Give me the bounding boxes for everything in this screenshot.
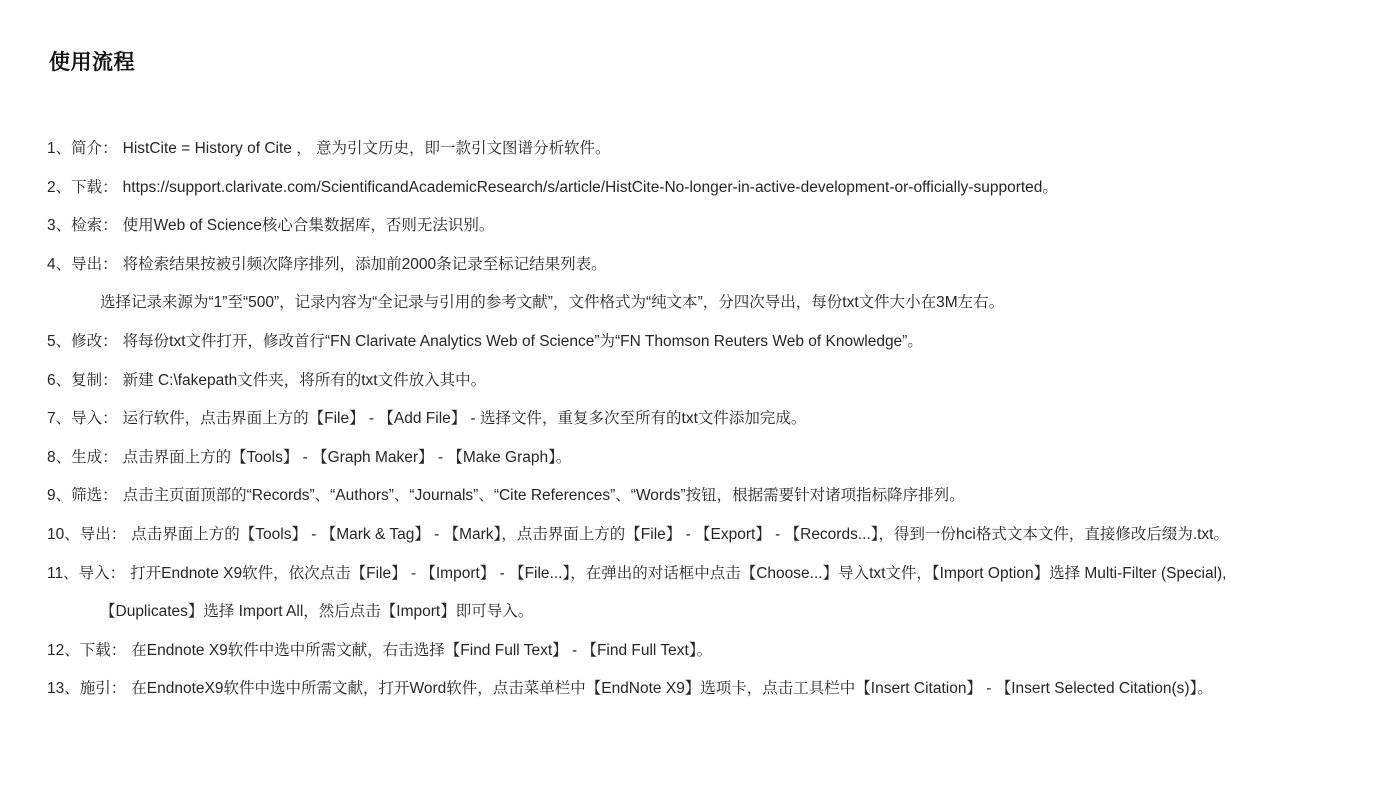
step-content: 运行软件，点击界面上方的【File】 - 【Add File】 - 选择文件，重… xyxy=(123,410,807,427)
step-label: 复制： xyxy=(71,372,118,389)
step-label: 简介： xyxy=(71,140,118,157)
step-item-13: 13、施引：在EndnoteX9软件中选中所需文献，打开Word软件，点击菜单栏… xyxy=(47,670,1400,709)
step-content: 在Endnote X9软件中选中所需文献，右击选择【Find Full Text… xyxy=(131,642,712,659)
step-item-9: 9、筛选：点击主页面顶部的“Records”、“Authors”、“Journa… xyxy=(47,477,1400,516)
step-label: 修改： xyxy=(71,333,118,350)
step-item-3: 3、检索：使用Web of Science核心合集数据库，否则无法识别。 xyxy=(47,207,1400,246)
step-item-11: 11、导入：打开Endnote X9软件，依次点击【File】 - 【Impor… xyxy=(47,555,1400,594)
step-label: 导入： xyxy=(79,565,126,582)
step-content: 点击界面上方的【Tools】 - 【Mark & Tag】 - 【Mark】，点… xyxy=(131,526,1229,543)
step-label: 导出： xyxy=(80,526,127,543)
step-number: 6、 xyxy=(47,372,71,389)
step-content: 将检索结果按被引频次降序排列，添加前2000条记录至标记结果列表。 xyxy=(123,256,607,273)
step-item-5: 5、修改：将每份txt文件打开，修改首行“FN Clarivate Analyt… xyxy=(47,323,1400,362)
steps-list: 1、简介：HistCite = History of Cite ， 意为引文历史… xyxy=(47,130,1400,709)
step-content: 【Duplicates】选择 Import All，然后点击【Import】即可… xyxy=(100,603,533,620)
step-content: 打开Endnote X9软件，依次点击【File】 - 【Import】 - 【… xyxy=(130,565,1226,582)
step-number: 8、 xyxy=(47,449,71,466)
step-item-12: 12、下载：在Endnote X9软件中选中所需文献，右击选择【Find Ful… xyxy=(47,632,1400,671)
step-label: 施引： xyxy=(80,680,127,697)
step-item-8: 8、生成：点击界面上方的【Tools】 - 【Graph Maker】 - 【M… xyxy=(47,439,1400,478)
step-label: 导出： xyxy=(71,256,118,273)
step-content: 新建 C:\fakepath文件夹，将所有的txt文件放入其中。 xyxy=(123,372,486,389)
step-label: 下载： xyxy=(80,642,127,659)
step-number: 1、 xyxy=(47,140,71,157)
step-item-2: 2、下载：https://support.clarivate.com/Scien… xyxy=(47,169,1400,208)
step-label: 导入： xyxy=(71,410,118,427)
step-content: 选择记录来源为“1”至“500”，记录内容为“全记录与引用的参考文献”，文件格式… xyxy=(100,294,1004,311)
step-number: 11、 xyxy=(47,565,79,582)
step-label: 检索： xyxy=(71,217,118,234)
step-label: 下载： xyxy=(71,179,118,196)
step-item-11-continuation: 【Duplicates】选择 Import All，然后点击【Import】即可… xyxy=(47,593,1400,632)
step-content: 在EndnoteX9软件中选中所需文献，打开Word软件，点击菜单栏中【EndN… xyxy=(131,680,1213,697)
step-number: 5、 xyxy=(47,333,71,350)
step-item-4-continuation: 选择记录来源为“1”至“500”，记录内容为“全记录与引用的参考文献”，文件格式… xyxy=(47,284,1400,323)
page-title: 使用流程 xyxy=(49,46,135,76)
step-content: HistCite = History of Cite ， 意为引文历史，即一款引… xyxy=(123,140,611,157)
step-number: 13、 xyxy=(47,680,80,697)
step-content: 点击界面上方的【Tools】 - 【Graph Maker】 - 【Make G… xyxy=(123,449,572,466)
step-content-url: https://support.clarivate.com/Scientific… xyxy=(123,179,1058,196)
step-content: 使用Web of Science核心合集数据库，否则无法识别。 xyxy=(123,217,495,234)
step-number: 7、 xyxy=(47,410,71,427)
step-item-6: 6、复制：新建 C:\fakepath文件夹，将所有的txt文件放入其中。 xyxy=(47,362,1400,401)
step-number: 3、 xyxy=(47,217,71,234)
step-number: 12、 xyxy=(47,642,80,659)
step-item-10: 10、导出：点击界面上方的【Tools】 - 【Mark & Tag】 - 【M… xyxy=(47,516,1400,555)
step-content: 点击主页面顶部的“Records”、“Authors”、“Journals”、“… xyxy=(123,487,965,504)
step-content: 将每份txt文件打开，修改首行“FN Clarivate Analytics W… xyxy=(123,333,923,350)
step-number: 4、 xyxy=(47,256,71,273)
step-item-4: 4、导出：将检索结果按被引频次降序排列，添加前2000条记录至标记结果列表。 xyxy=(47,246,1400,285)
step-number: 9、 xyxy=(47,487,71,504)
step-number: 10、 xyxy=(47,526,80,543)
step-label: 筛选： xyxy=(71,487,118,504)
step-item-7: 7、导入：运行软件，点击界面上方的【File】 - 【Add File】 - 选… xyxy=(47,400,1400,439)
step-label: 生成： xyxy=(71,449,118,466)
step-item-1: 1、简介：HistCite = History of Cite ， 意为引文历史… xyxy=(47,130,1400,169)
slide-page: 使用流程 1、简介：HistCite = History of Cite ， 意… xyxy=(0,0,1400,787)
step-number: 2、 xyxy=(47,179,71,196)
